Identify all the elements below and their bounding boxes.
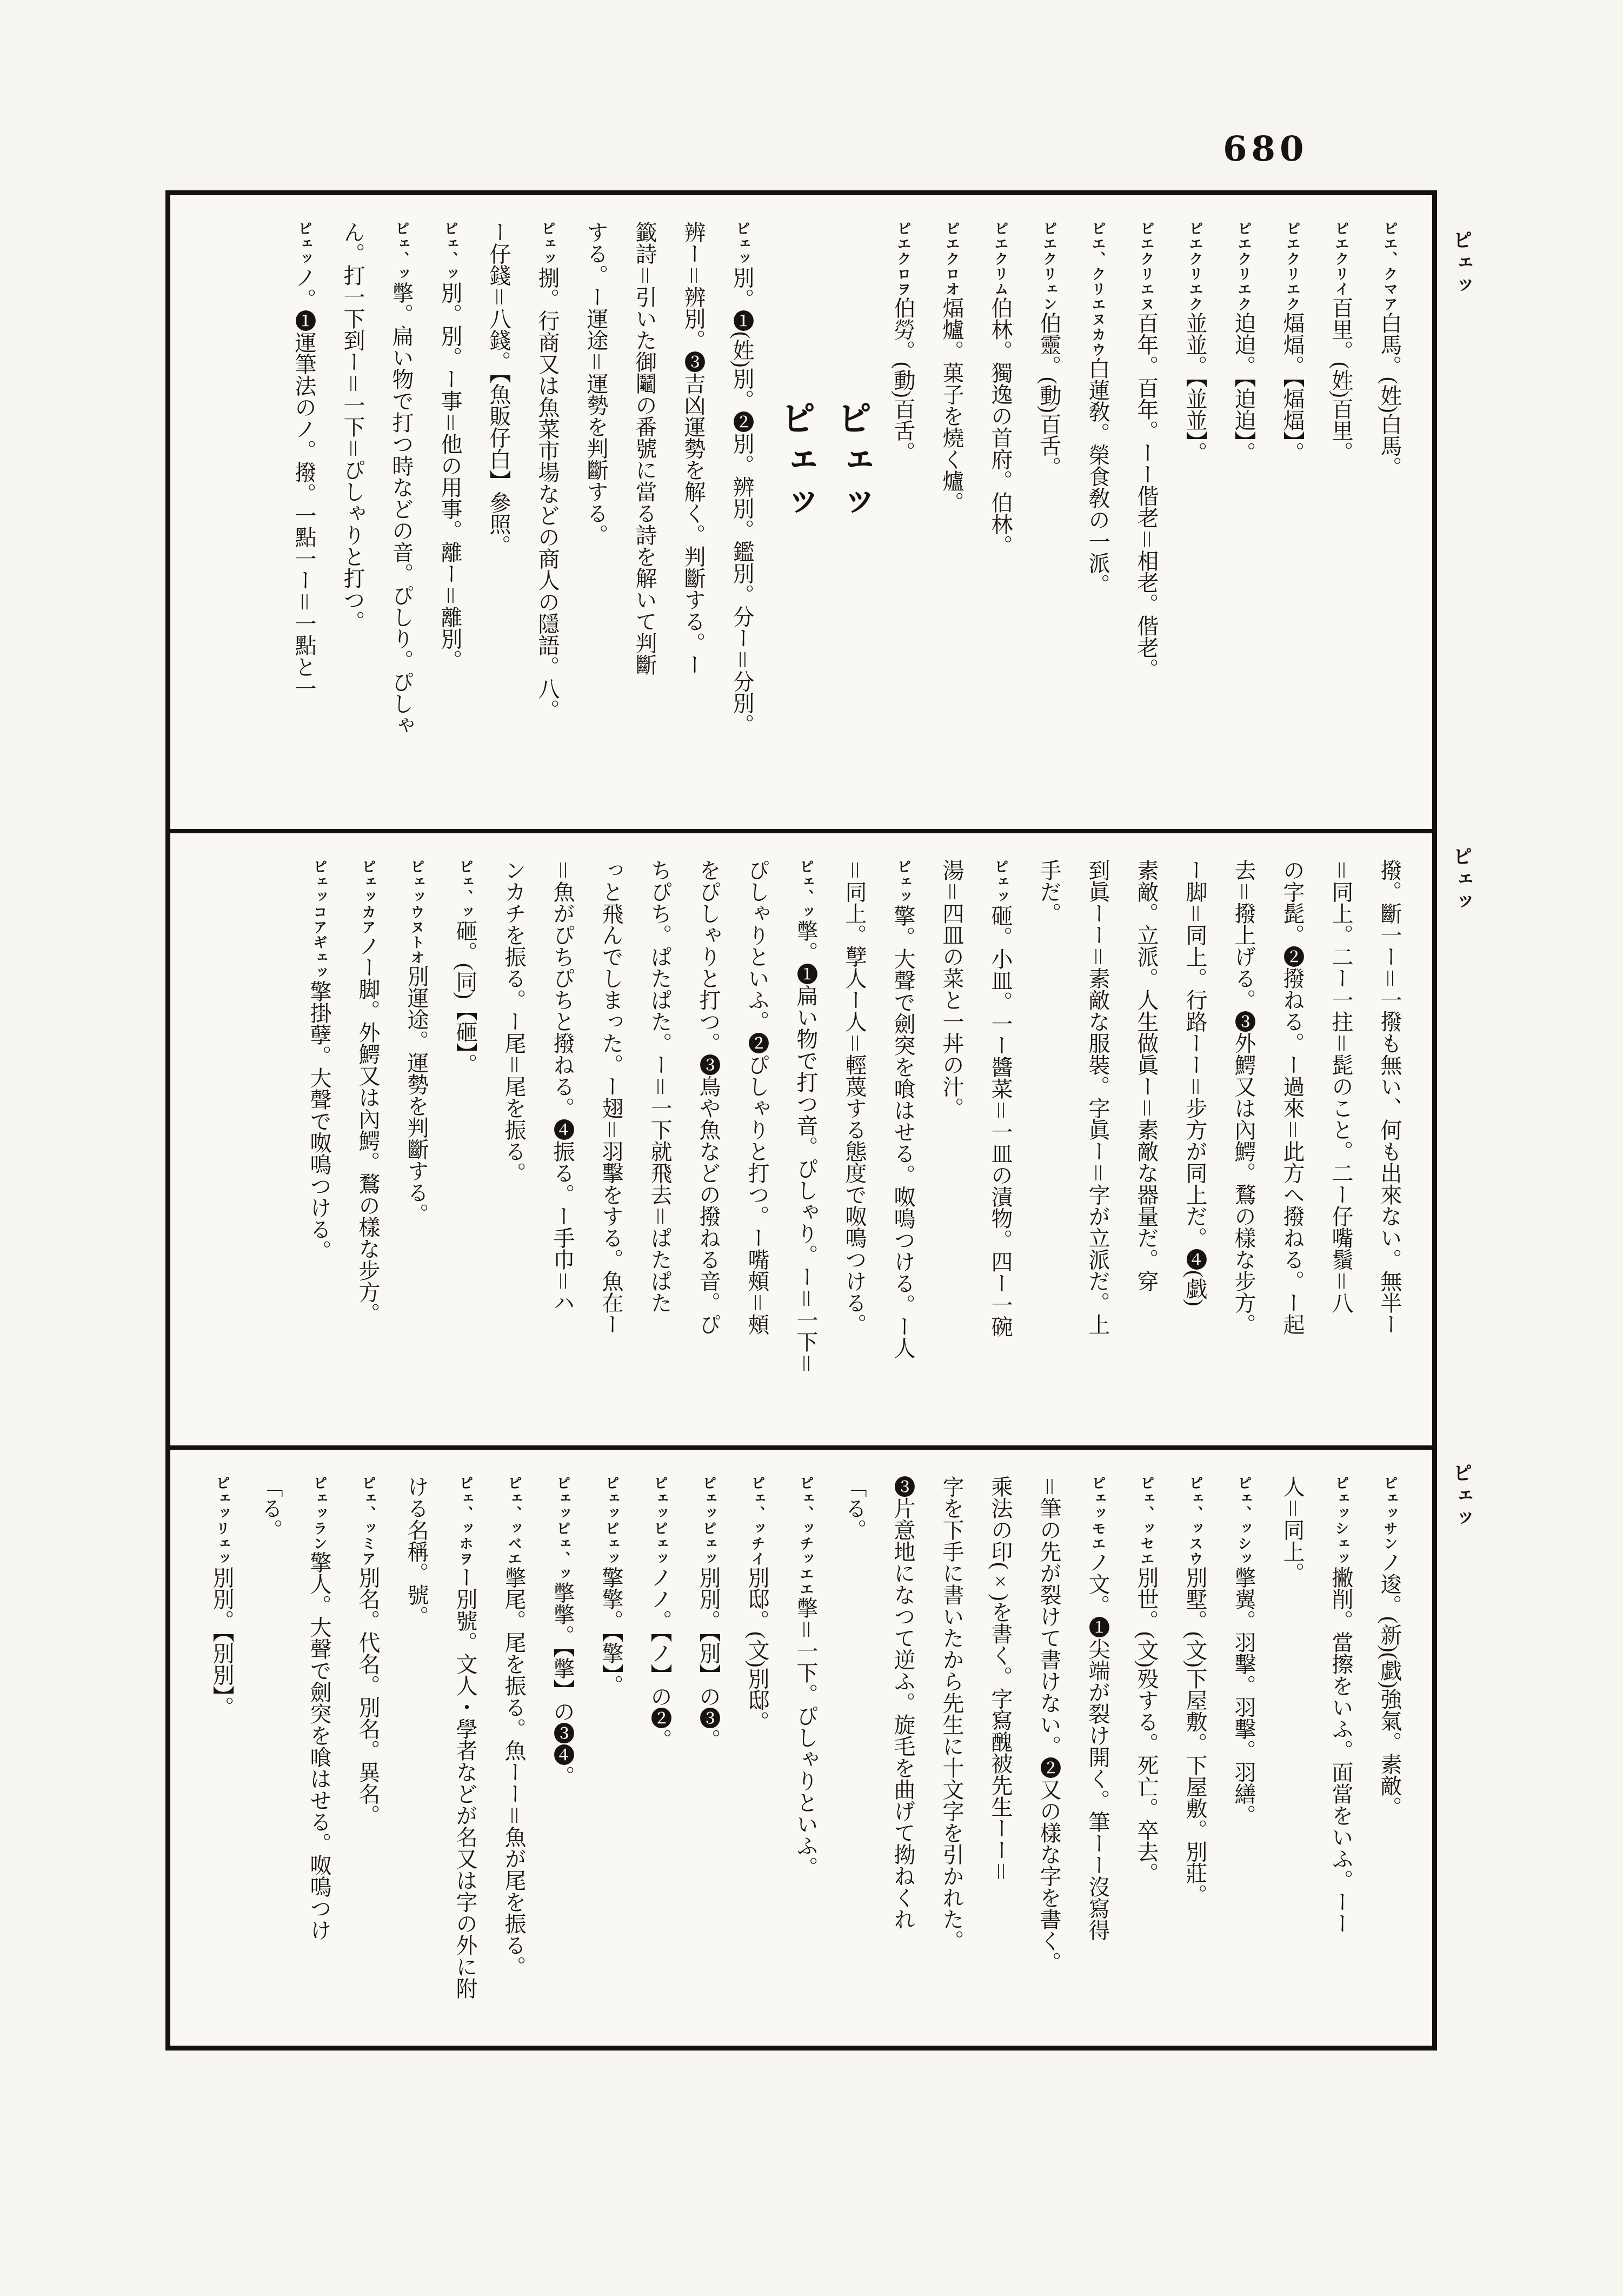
entry-text: 撇削。當擦をいふ。面當をいふ。ーー [1329, 1567, 1353, 1934]
entry-column: ピェ、ッ撆。扁い物で打つ時などの音。ぴしり。ぴしゃ [377, 221, 425, 803]
entry-text: 撆尾。尾を振る。魚ーー＝魚が尾を振る。 [502, 1567, 526, 1978]
dictionary-section-middle: 撥。斷一ー＝一撥も無い、何も出來ない。無半ー＝同上。二ー一拄＝髭のこと。二ー仔嘴… [170, 829, 1432, 1445]
pronunciation-kana: ピエクロヲ [895, 221, 911, 297]
entry-text: 手だ。 [1037, 859, 1061, 924]
entry-continuation-column: 「る。 [830, 1476, 879, 2020]
entry-text: 字を下手に書いたから先生に十文字を引かれた。 [940, 1476, 964, 1952]
pronunciation-kana: ピェッ [993, 859, 1008, 905]
entry-continuation-column: 素敵。立派。人生做眞ー＝素敵な器量だ。穿 [1122, 859, 1170, 1419]
entry-text: ＝魚がぴちぴちと撥ねる。❹振る。ー手巾＝ハ [550, 859, 575, 1313]
entry-continuation-column: 撥。斷一ー＝一撥も無い、何も出來ない。無半ー [1365, 859, 1414, 1419]
entry-column: ピエクリム伯林。獨逸の首府。伯林。 [976, 221, 1025, 803]
entry-column: ピェッピェッ別別。【別】の❸。 [684, 1476, 733, 2020]
page-number: 680 [1223, 129, 1308, 169]
entry-text: ノノ。【ノ】の❷。 [648, 1567, 672, 1750]
entry-text: 撆翼。羽擊。羽擊。羽繕。 [1232, 1567, 1256, 1826]
dictionary-section-top: ピエ、クマア白馬。(姓)白馬。ピエクリイ百里。(姓)百里。ピエクリエク煏煏。【煏… [170, 195, 1432, 829]
entry-column: ピェッウヌトオ別運途。運勢を判斷する。 [392, 859, 441, 1419]
entry-text: 擎擎。【擎】。 [599, 1567, 623, 1696]
entry-continuation-column: ❸片意地になつて逆ふ。旋毛を曲げて拗ねくれ [879, 1476, 927, 2020]
entry-column: ピェ、ッシッ撆翼。羽擊。羽擊。羽繕。 [1219, 1476, 1268, 2020]
entry-column: ピェッピェッ擎擎。【擎】。 [587, 1476, 635, 2020]
entry-continuation-column: 「る。 [246, 1476, 295, 2020]
entry-continuation-column: ぴしゃりといふ。❷ぴしゃりと打つ。ー嘴頰＝頰 [733, 859, 781, 1419]
entry-continuation-column: ー仔錢＝八錢。【魚販仔白】參照。 [474, 221, 523, 803]
pronunciation-kana: ピェッモエ [1090, 1476, 1106, 1551]
margin-guide-word-bottom: ピェッ [1448, 1463, 1475, 1531]
entry-column: ピェ、ッセエ別世。(文)殁する。死亡。卒去。 [1122, 1476, 1170, 2020]
entry-text: 別。❶(姓)別。❷別。辨別。鑑別。分ー＝分別。 [730, 267, 754, 735]
pronunciation-kana: ピェ、ッ [457, 859, 473, 920]
entry-text: 別世。(文)殁する。死亡。卒去。 [1134, 1567, 1159, 1884]
pronunciation-kana: ピエクリエク [1187, 221, 1203, 312]
entry-column: ピェッ砸。小皿。一ー醬菜＝一皿の漬物。四ー一碗 [976, 859, 1025, 1419]
entry-text: 人＝同上。 [1280, 1476, 1305, 1584]
pronunciation-kana: ピェ、ッ [798, 859, 814, 920]
entry-text: 乘法の印(×)を書く。字寫醜被先生ーー＝ [988, 1476, 1013, 1882]
entry-column: ピェッモエノ文。❶尖端が裂け開く。筆ーー沒寫得 [1073, 1476, 1122, 2020]
pronunciation-kana: ピェッピェッ [603, 1476, 619, 1567]
entry-column: ピェッ捌。行商又は魚菜市場などの商人の隱語。八。 [523, 221, 571, 803]
entry-text: 「る。 [842, 1476, 867, 1541]
entry-text: ぴしゃりといふ。❷ぴしゃりと打つ。ー嘴頰＝頰 [745, 859, 769, 1335]
entry-text: 別別。【別】の❸。 [696, 1567, 721, 1750]
entry-continuation-column: ー脚＝同上。行路ーー＝步方が同上だ。❹(戯) [1170, 859, 1219, 1419]
entry-column: ピェッシェッ撇削。當擦をいふ。面當をいふ。ーー [1316, 1476, 1365, 2020]
pronunciation-kana: ピェ、ッホヲ [457, 1476, 473, 1567]
entry-text: 「る。 [258, 1476, 283, 1541]
pronunciation-kana: ピェッピェッ [701, 1476, 716, 1567]
entry-column: ピェ、ッ撆。❶扁い物で打つ音。ぴしゃり。ー＝一下＝ [781, 859, 830, 1419]
entry-continuation-column: 湯＝四皿の菜と一丼の汁。 [927, 859, 976, 1419]
entry-text: ノ逡。(新)(戯)強氣。素敵。 [1378, 1551, 1402, 1818]
entry-text: の字髭。❷撥ねる。ー過來＝此方へ撥ねる。ー起 [1280, 859, 1305, 1335]
entry-column: ピェ、ッスウ別墅。(文)下屋敷。下屋敷。別莊。 [1170, 1476, 1219, 2020]
entry-continuation-column: をぴしゃりと打つ。❸鳥や魚などの撥ねる音。ぴ [684, 859, 733, 1419]
entry-column: ピエクリエク煏煏。【煏煏】。 [1268, 221, 1316, 803]
entry-text: 伯靈。(動)百舌。 [1037, 312, 1061, 478]
entry-column: ピェッノ。❶運筆法のノ。撥。一點一ー＝一點と一 [280, 221, 328, 803]
entry-continuation-column: ん。打一下到ー＝一下＝ぴしゃりと打つ。 [328, 221, 377, 803]
entry-text: ＝筆の先が裂けて書けない。❷又の樣な字を書く。 [1037, 1476, 1061, 1973]
entry-text: 撆。扁い物で打つ時などの音。ぴしり。ぴしゃ [389, 282, 414, 736]
margin-guide-word-top: ピェッ [1448, 230, 1475, 298]
entry-text: 伯勞。(動)百舌。 [891, 297, 915, 463]
entry-text: する。ー運途＝運勢を判斷する。 [584, 221, 608, 546]
entry-text: 迫迫。【迫迫】。 [1232, 312, 1256, 463]
entry-column: ピェッピェ、ッ撆撆。【撆】の❸❹。 [538, 1476, 587, 2020]
entry-text: 籤詩＝引いた御鬮の番號に當る詩を解いて判斷 [633, 221, 657, 675]
entry-text: 撆。❶扁い物で打つ音。ぴしゃり。ー＝一下＝ [794, 920, 818, 1374]
entry-text: 別墅。(文)下屋敷。下屋敷。別莊。 [1183, 1567, 1207, 1906]
entry-column: ピェ、ッベエ撆尾。尾を振る。魚ーー＝魚が尾を振る。 [489, 1476, 538, 2020]
entry-text: ＝同上。孼人ー人＝輕蔑する態度で呶鳴つける。 [842, 859, 867, 1335]
entry-continuation-column: 籤詩＝引いた御鬮の番號に當る詩を解いて判斷 [620, 221, 669, 803]
entry-text: 煏煏。【煏煏】。 [1280, 312, 1305, 463]
entry-continuation-column: 手だ。 [1025, 859, 1073, 1419]
entry-text: 擎掛孽。大聲で呶鳴つける。 [307, 980, 331, 1262]
entry-column: ピェッラン擎人。大聲で劍突を喰はせる。呶鳴つけ [295, 1476, 343, 2020]
entry-column: ピェッ別。❶(姓)別。❷別。辨別。鑑別。分ー＝分別。 [717, 221, 766, 803]
entry-text: 撆撆。【撆】の❸❹。 [550, 1582, 575, 1787]
entry-text: をぴしゃりと打つ。❸鳥や魚などの撥ねる音。ぴ [696, 859, 721, 1335]
entry-column: ピエクリイ百里。(姓)百里。 [1316, 221, 1365, 803]
entry-continuation-column: 去＝撥上げる。❸外鰐又は內鰐。鶩の樣な步方。 [1219, 859, 1268, 1419]
entry-text: 白蓮敎。榮食敎の一派。 [1086, 357, 1110, 595]
entry-text: ノ。❶運筆法のノ。撥。一點一ー＝一點と一 [292, 267, 316, 699]
pronunciation-kana: ピェ、ッベエ [506, 1476, 522, 1567]
pronunciation-kana: ピェッラン [311, 1476, 327, 1551]
pronunciation-kana: ピェ、ッセエ [1139, 1476, 1154, 1567]
entry-text: 捌。行商又は魚菜市場などの商人の隱語。八。 [535, 267, 560, 721]
pronunciation-kana: ピェッ [734, 221, 750, 267]
entry-column: ピェッコアギェッ擎掛孽。大聲で呶鳴つける。 [295, 859, 343, 1419]
pronunciation-kana: ピェッピェッ [652, 1476, 668, 1567]
pronunciation-kana: ピェッ [296, 221, 312, 267]
entry-continuation-column: ける名稱。號。 [392, 1476, 441, 2020]
pronunciation-kana: ピエクロオ [944, 221, 960, 297]
syllable-section-header: ピェッ ピェッ [766, 221, 879, 803]
entry-continuation-column: ンカチを振る。ー尾＝尾を振る。 [489, 859, 538, 1419]
entry-continuation-column: ＝筆の先が裂けて書けない。❷又の樣な字を書く。 [1025, 1476, 1073, 2020]
entry-text: ノー脚。外鰐又は內鰐。鶩の樣な步方。 [356, 935, 380, 1324]
entry-column: ピェッ擎。大聲で劍突を喰はせる。呶鳴つける。ー人 [879, 859, 927, 1419]
entry-column: ピェ、ッ別。別。ー事＝他の用事。離ー＝離別。 [425, 221, 474, 803]
pronunciation-kana: ピェッピェ、ッ [555, 1476, 570, 1582]
pronunciation-kana: ピェ、ッチイ [749, 1476, 765, 1567]
pronunciation-kana: ピェ、ッミア [360, 1476, 376, 1567]
pronunciation-kana: ピエクリム [993, 221, 1008, 297]
entry-text: 別邸。(文)別邸。 [745, 1567, 769, 1733]
entry-text: 撆＝一下。ぴしゃりといふ。 [794, 1597, 818, 1878]
entry-text: 擎。大聲で劍突を喰はせる。呶鳴つける。ー人 [891, 905, 915, 1359]
entry-text: ー仔錢＝八錢。【魚販仔白】參照。 [487, 221, 511, 556]
entry-text: ンカチを振る。ー尾＝尾を振る。 [502, 859, 526, 1184]
entry-column: ピエクリエヌ百年。百年。ーー偕老＝相老。偕老。 [1122, 221, 1170, 803]
entry-text: ちぴち。ぱたぱた。ー＝一下就飛去＝ぱたぱた [648, 859, 672, 1313]
entry-column: ピェ、ッチイ別邸。(文)別邸。 [733, 1476, 781, 2020]
entry-text: 伯林。獨逸の首府。伯林。 [988, 297, 1013, 556]
entry-column: ピェッリェッ別別。【別別】。 [197, 1476, 246, 2020]
entry-text: ける名稱。號。 [404, 1476, 429, 1627]
pronunciation-kana: ピェッ [540, 221, 555, 267]
entry-continuation-column: ＝魚がぴちぴちと撥ねる。❹振る。ー手巾＝ハ [538, 859, 587, 1419]
entry-text: 去＝撥上げる。❸外鰐又は內鰐。鶩の樣な步方。 [1232, 859, 1256, 1335]
entry-column: ピェ、ッ砸。(同)【砸】。 [441, 859, 489, 1419]
entry-column: ピェ、ッチッエエ撆＝一下。ぴしゃりといふ。 [781, 1476, 830, 2020]
pronunciation-kana: ピェッカア [360, 859, 376, 935]
entry-continuation-column: の字髭。❷撥ねる。ー過來＝此方へ撥ねる。ー起 [1268, 859, 1316, 1419]
pronunciation-kana: ピエ、クマア [1382, 221, 1398, 312]
pronunciation-kana: ピェ、ッ [394, 221, 409, 282]
entry-column: ピェッサンノ逡。(新)(戯)強氣。素敵。 [1365, 1476, 1414, 2020]
pronunciation-kana: ピェッコアギェッ [311, 859, 327, 980]
entry-text: 別名。代名。別名。異名。 [356, 1567, 380, 1826]
entry-column: ピェッピェッノノ。【ノ】の❷。 [635, 1476, 684, 2020]
entry-text: ー別號。文人・學者などが名又は字の外に附 [453, 1567, 477, 1999]
entry-column: ピエ、クマア白馬。(姓)白馬。 [1365, 221, 1414, 803]
pronunciation-kana: ピェ、ッチッエエ [798, 1476, 814, 1597]
entry-text: 別。別。ー事＝他の用事。離ー＝離別。 [438, 282, 462, 671]
entry-text: 辨ー＝辨別。❸吉凶運勢を解く。判斷する。ー [681, 221, 706, 675]
entry-text: ❸片意地になつて逆ふ。旋毛を曲げて拗ねくれ [891, 1476, 915, 1930]
entry-column: ピェ、ッホヲー別號。文人・學者などが名又は字の外に附 [441, 1476, 489, 2020]
entry-continuation-column: ＝同上。二ー一拄＝髭のこと。二ー仔嘴鬚＝八 [1316, 859, 1365, 1419]
entry-column: ピエクリエク並並。【並並】。 [1170, 221, 1219, 803]
entry-text: 別別。【別別】。 [210, 1567, 234, 1718]
entry-column: ピエクロヲ伯勞。(動)百舌。 [879, 221, 927, 803]
pronunciation-kana: ピェ、ッスウ [1187, 1476, 1203, 1567]
entry-text: 白馬。(姓)白馬。 [1378, 312, 1402, 478]
entry-text: 百年。百年。ーー偕老＝相老。偕老。 [1134, 312, 1159, 680]
pronunciation-kana: ピェ、ッシッ [1236, 1476, 1252, 1567]
entry-text: 並並。【並並】。 [1183, 312, 1207, 463]
entry-text: 擎人。大聲で劍突を喰はせる。呶鳴つけ [307, 1551, 331, 1941]
entry-text: 素敵。立派。人生做眞ー＝素敵な器量だ。穿 [1134, 859, 1159, 1292]
entry-continuation-column: 字を下手に書いたから先生に十文字を引かれた。 [927, 1476, 976, 2020]
dictionary-section-bottom: ピェッサンノ逡。(新)(戯)強氣。素敵。ピェッシェッ撇削。當擦をいふ。面當をいふ… [170, 1445, 1432, 2046]
entry-text: 砸。小皿。一ー醬菜＝一皿の漬物。四ー一碗 [988, 905, 1013, 1337]
entry-column: ピェッカアノー脚。外鰐又は內鰐。鶩の樣な步方。 [343, 859, 392, 1419]
pronunciation-kana: ピエクリエヌ [1139, 221, 1154, 312]
pronunciation-kana: ピェッリェッ [214, 1476, 230, 1567]
entry-text: ー脚＝同上。行路ーー＝步方が同上だ。❹(戯) [1183, 859, 1207, 1306]
pronunciation-kana: ピェッシェッ [1333, 1476, 1349, 1567]
entry-column: ピェ、ッミア別名。代名。別名。異名。 [343, 1476, 392, 2020]
pronunciation-kana: ピエクリイ [1333, 221, 1349, 297]
entry-text: 湯＝四皿の菜と一丼の汁。 [940, 859, 964, 1119]
entry-column: ピエ、クリエヌカウ白蓮敎。榮食敎の一派。 [1073, 221, 1122, 803]
pronunciation-kana: ピエ、クリエヌカウ [1090, 221, 1106, 357]
entry-column: ピエクリェン伯靈。(動)百舌。 [1025, 221, 1073, 803]
entry-text: っと飛んでしまった。ー翅＝羽擊をする。魚在ー [599, 859, 623, 1335]
page-frame: ピエ、クマア白馬。(姓)白馬。ピエクリイ百里。(姓)百里。ピエクリエク煏煏。【煏… [165, 190, 1437, 2051]
entry-continuation-column: する。ー運途＝運勢を判斷する。 [571, 221, 620, 803]
entry-continuation-column: 辨ー＝辨別。❸吉凶運勢を解く。判斷する。ー [669, 221, 717, 803]
entry-text: 百里。(姓)百里。 [1329, 297, 1353, 463]
entry-text: 到眞ーー＝素敵な服裝。字眞ー＝字が立派だ。上 [1086, 859, 1110, 1335]
entry-column: ピエクリエク迫迫。【迫迫】。 [1219, 221, 1268, 803]
pronunciation-kana: ピェ、ッ [442, 221, 458, 282]
entry-text: 煏爐。菓子を燒く爐。 [940, 297, 964, 513]
pronunciation-kana: ピエクリェン [1041, 221, 1057, 312]
entry-continuation-column: ちぴち。ぱたぱた。ー＝一下就飛去＝ぱたぱた [635, 859, 684, 1419]
entry-text: ん。打一下到ー＝一下＝ぴしゃりと打つ。 [341, 221, 365, 632]
entry-column: ピエクロオ煏爐。菓子を燒く爐。 [927, 221, 976, 803]
pronunciation-kana: ピエクリエク [1236, 221, 1252, 312]
pronunciation-kana: ピェッウヌトオ [409, 859, 424, 965]
entry-continuation-column: っと飛んでしまった。ー翅＝羽擊をする。魚在ー [587, 859, 635, 1419]
entry-text: ＝同上。二ー一拄＝髭のこと。二ー仔嘴鬚＝八 [1329, 859, 1353, 1313]
entry-text: 撥。斷一ー＝一撥も無い、何も出來ない。無半ー [1378, 859, 1402, 1335]
pronunciation-kana: ピェッ [895, 859, 911, 905]
entry-continuation-column: 到眞ーー＝素敵な服裝。字眞ー＝字が立派だ。上 [1073, 859, 1122, 1419]
pronunciation-kana: ピエクリエク [1285, 221, 1300, 312]
entry-continuation-column: ＝同上。孼人ー人＝輕蔑する態度で呶鳴つける。 [830, 859, 879, 1419]
entry-text: 別運途。運勢を判斷する。 [404, 965, 429, 1225]
entry-text: 砸。(同)【砸】。 [453, 920, 477, 1075]
pronunciation-kana: ピェッサン [1382, 1476, 1398, 1551]
entry-continuation-column: 人＝同上。 [1268, 1476, 1316, 2020]
entry-continuation-column: 乘法の印(×)を書く。字寫醜被先生ーー＝ [976, 1476, 1025, 2020]
entry-text: ノ文。❶尖端が裂け開く。筆ーー沒寫得 [1086, 1551, 1110, 1941]
margin-guide-word-middle: ピェッ [1448, 846, 1475, 914]
